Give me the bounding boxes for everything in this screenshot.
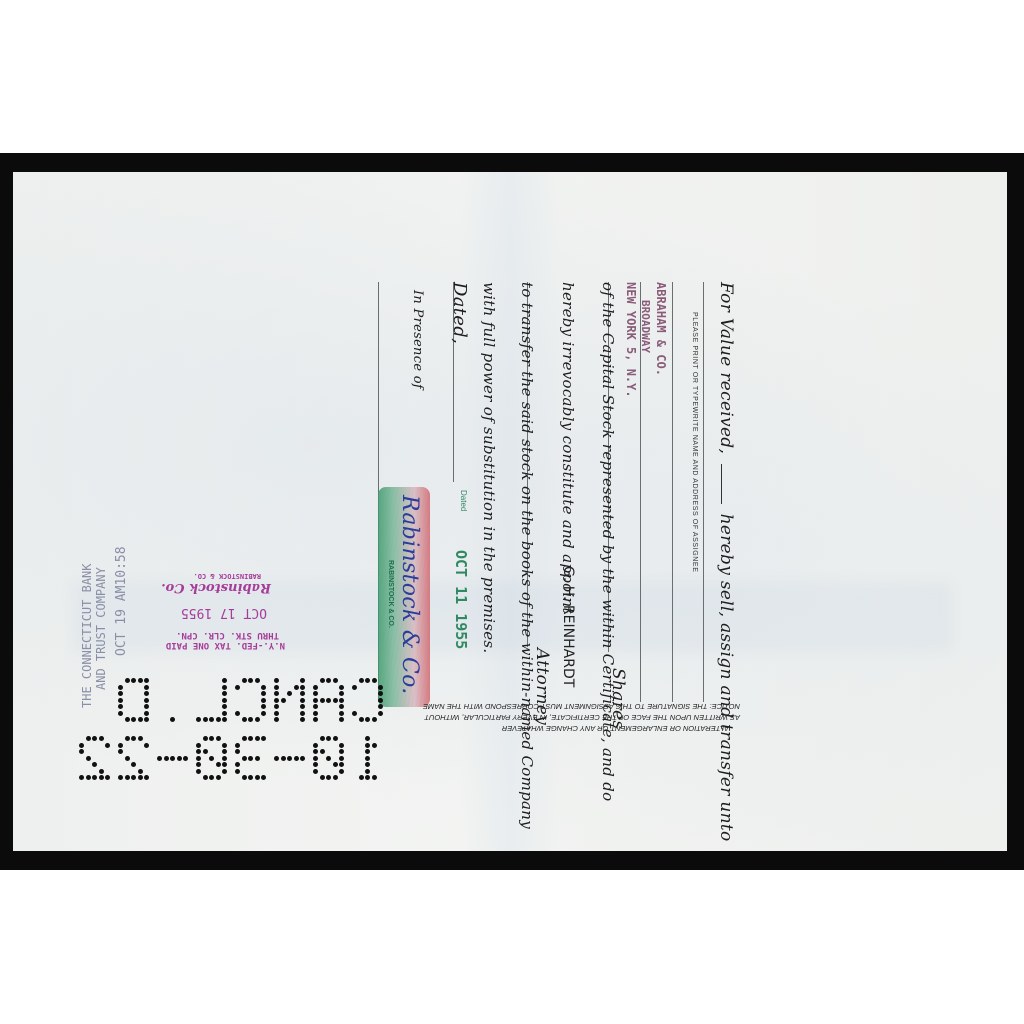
perforation-hole bbox=[378, 685, 383, 690]
perforation-hole bbox=[294, 685, 299, 690]
for-value-received: For Value received, hereby sell, assign … bbox=[716, 282, 736, 842]
perforation-hole bbox=[333, 775, 338, 780]
perforation-hole bbox=[144, 775, 149, 780]
perforation-hole bbox=[222, 769, 227, 774]
rule-top bbox=[703, 282, 704, 702]
perforation-hole bbox=[222, 711, 227, 716]
perforation-hole bbox=[320, 698, 325, 703]
tax-stamp-date: OCT 17 1955 bbox=[161, 605, 267, 620]
perforation-hole bbox=[261, 736, 266, 741]
perforation-hole bbox=[242, 775, 247, 780]
perforation-hole bbox=[313, 704, 318, 709]
perforation-hole bbox=[209, 756, 214, 761]
perforation-hole bbox=[339, 691, 344, 696]
perforation-hole bbox=[313, 749, 318, 754]
perforation-hole bbox=[138, 769, 143, 774]
for-value-text: For Value received, bbox=[716, 282, 736, 454]
perforation-hole bbox=[261, 704, 266, 709]
perforation-hole bbox=[79, 775, 84, 780]
perforation-hole bbox=[118, 698, 123, 703]
perforation-hole bbox=[144, 691, 149, 696]
perforation-hole bbox=[125, 736, 130, 741]
perforation-hole bbox=[203, 717, 208, 722]
perforation-hole bbox=[378, 704, 383, 709]
perforation-hole bbox=[365, 736, 370, 741]
certificate-paper bbox=[13, 172, 1007, 851]
perforation-hole bbox=[248, 736, 253, 741]
perforation-hole bbox=[300, 717, 305, 722]
perforation-hole bbox=[313, 717, 318, 722]
perforation-hole bbox=[125, 775, 130, 780]
notice-line-2: AS WRITTEN UPON THE FACE OF THE CERTIFIC… bbox=[425, 713, 740, 722]
perforation-hole bbox=[287, 756, 292, 761]
bank-stamp-date: OCT 19 AM10:58 bbox=[114, 546, 129, 656]
perforation-hole bbox=[365, 678, 370, 683]
perforation-hole bbox=[131, 717, 136, 722]
perforation-hole bbox=[235, 762, 240, 767]
perforation-hole bbox=[138, 736, 143, 741]
perforation-hole bbox=[261, 711, 266, 716]
perforation-hole bbox=[339, 685, 344, 690]
perforation-hole bbox=[118, 749, 123, 754]
perforation-hole bbox=[365, 756, 370, 761]
perforation-hole bbox=[216, 775, 221, 780]
perforation-hole bbox=[313, 743, 318, 748]
perforation-hole bbox=[300, 704, 305, 709]
perforation-hole bbox=[300, 711, 305, 716]
tax-stamp-firm: RABINSTOCK & CO. bbox=[161, 572, 261, 580]
perforation-hole bbox=[300, 678, 305, 683]
signature: Rabinstock & Co. bbox=[397, 495, 422, 695]
perforation-hole bbox=[170, 756, 175, 761]
perforation-hole bbox=[313, 685, 318, 690]
perforation-hole bbox=[177, 756, 182, 761]
perforation-hole bbox=[365, 769, 370, 774]
perforation-hole bbox=[339, 756, 344, 761]
perforation-hole bbox=[242, 736, 247, 741]
perforation-hole bbox=[359, 717, 364, 722]
perforation-hole bbox=[352, 711, 357, 716]
perforation-hole bbox=[196, 756, 201, 761]
perforation-hole bbox=[248, 775, 253, 780]
perforation-hole bbox=[300, 691, 305, 696]
perforation-hole bbox=[333, 762, 338, 767]
tax-stamp-line-1: N.Y.-FED. TAX ONE PAID bbox=[161, 640, 285, 650]
perforation-hole bbox=[372, 743, 377, 748]
perforation-hole bbox=[138, 717, 143, 722]
perforation-hole bbox=[125, 756, 130, 761]
perforation-hole bbox=[274, 756, 279, 761]
perforation-hole bbox=[222, 685, 227, 690]
perforation-hole bbox=[216, 736, 221, 741]
perforation-hole bbox=[313, 756, 318, 761]
perforation-hole bbox=[300, 756, 305, 761]
perforation-hole bbox=[125, 717, 130, 722]
perforation-hole bbox=[281, 756, 286, 761]
perforation-hole bbox=[313, 691, 318, 696]
perforation-hole bbox=[242, 678, 247, 683]
perforation-hole bbox=[144, 743, 149, 748]
perforation-hole bbox=[222, 717, 227, 722]
perforation-hole bbox=[339, 698, 344, 703]
perforation-hole bbox=[274, 685, 279, 690]
perforation-hole bbox=[359, 678, 364, 683]
perforation-hole bbox=[248, 678, 253, 683]
perforation-hole bbox=[326, 736, 331, 741]
perforation-hole bbox=[105, 743, 110, 748]
perforation-hole bbox=[118, 711, 123, 716]
perforation-hole bbox=[144, 685, 149, 690]
perforation-hole bbox=[255, 678, 260, 683]
perforation-hole bbox=[339, 762, 344, 767]
perforation-hole bbox=[320, 749, 325, 754]
presence-label: In Presence of bbox=[410, 290, 425, 389]
perforation-hole bbox=[86, 736, 91, 741]
perforation-hole bbox=[339, 749, 344, 754]
perforation-hole bbox=[274, 717, 279, 722]
perforation-hole bbox=[365, 743, 370, 748]
perforation-hole bbox=[281, 698, 286, 703]
perforation-hole bbox=[339, 704, 344, 709]
perforation-hole bbox=[235, 743, 240, 748]
perforation-hole bbox=[274, 691, 279, 696]
perforation-hole bbox=[164, 756, 169, 761]
perforation-hole bbox=[131, 736, 136, 741]
bank-stamp-line-2: AND TRUST COMPANY bbox=[94, 567, 108, 690]
perforation-hole bbox=[79, 749, 84, 754]
perforation-hole bbox=[255, 717, 260, 722]
perforation-hole bbox=[235, 685, 240, 690]
perforation-hole bbox=[222, 678, 227, 683]
attorney-name: G. H. REINHARDT bbox=[560, 566, 576, 687]
perforation-hole bbox=[378, 698, 383, 703]
perforation-hole bbox=[235, 769, 240, 774]
perforation-hole bbox=[203, 736, 208, 741]
perforation-hole bbox=[196, 743, 201, 748]
perforation-hole bbox=[222, 704, 227, 709]
perforation-hole bbox=[365, 717, 370, 722]
perforation-hole bbox=[216, 762, 221, 767]
perforation-hole bbox=[203, 775, 208, 780]
perforation-hole bbox=[287, 691, 292, 696]
perforation-hole bbox=[131, 678, 136, 683]
perforation-hole bbox=[216, 717, 221, 722]
perforation-hole bbox=[339, 711, 344, 716]
perforation-hole bbox=[203, 749, 208, 754]
assignee-stamp-line-2: BROADWAY bbox=[639, 300, 652, 353]
perforation-hole bbox=[79, 743, 84, 748]
perforation-hole bbox=[92, 736, 97, 741]
perforation-hole bbox=[326, 775, 331, 780]
perforation-hole bbox=[320, 678, 325, 683]
perforation-hole bbox=[235, 749, 240, 754]
perforation-hole bbox=[235, 711, 240, 716]
perforation-hole bbox=[372, 717, 377, 722]
transfer-line: to transfer the said stock on the books … bbox=[518, 282, 536, 829]
date-stamp-value: OCT 11 1955 bbox=[452, 550, 470, 649]
perforation-hole bbox=[196, 762, 201, 767]
perforation-hole bbox=[274, 711, 279, 716]
perforation-hole bbox=[255, 775, 260, 780]
signature-firm: RABINSTOCK & CO. bbox=[387, 560, 394, 628]
perforation-hole bbox=[99, 769, 104, 774]
perforation-hole bbox=[99, 736, 104, 741]
perforation-hole bbox=[365, 749, 370, 754]
perforation-hole bbox=[261, 685, 266, 690]
tax-stamp-signature: Rabinstock Co. bbox=[161, 580, 271, 595]
perforation-hole bbox=[138, 678, 143, 683]
perforation-hole bbox=[339, 769, 344, 774]
assignee-caption: PLEASE PRINT OR TYPEWRITE NAME AND ADDRE… bbox=[691, 312, 698, 572]
perforation-hole bbox=[242, 756, 247, 761]
perforation-hole bbox=[86, 756, 91, 761]
perforation-hole bbox=[274, 698, 279, 703]
perforation-hole bbox=[118, 775, 123, 780]
perforation-hole bbox=[86, 775, 91, 780]
perforation-hole bbox=[196, 749, 201, 754]
perforation-hole bbox=[326, 678, 331, 683]
perforation-hole bbox=[274, 678, 279, 683]
bank-stamp-line-1: THE CONNECTICUT BANK bbox=[80, 564, 94, 709]
perforation-hole bbox=[125, 678, 130, 683]
perforation-hole bbox=[365, 762, 370, 767]
perforation-hole bbox=[99, 775, 104, 780]
perforation-hole bbox=[144, 717, 149, 722]
tax-stamp: N.Y.-FED. TAX ONE PAID THRU STK. CLR. CP… bbox=[161, 572, 285, 650]
appoint-line: hereby irrevocably constitute and appoin… bbox=[559, 282, 577, 614]
perforation-hole bbox=[183, 756, 188, 761]
perforation-hole bbox=[294, 756, 299, 761]
perforation-hole bbox=[372, 775, 377, 780]
perforation-hole bbox=[118, 704, 123, 709]
perforation-hole bbox=[222, 743, 227, 748]
perforation-hole bbox=[138, 775, 143, 780]
perforation-hole bbox=[313, 711, 318, 716]
dated-label: Dated, bbox=[449, 282, 470, 344]
perforation-hole bbox=[261, 698, 266, 703]
perforation-hole bbox=[118, 685, 123, 690]
substitution-line: with full power of substitution in the p… bbox=[480, 282, 498, 653]
perforation-hole bbox=[196, 717, 201, 722]
perforation-hole bbox=[144, 698, 149, 703]
perforation-hole bbox=[255, 756, 260, 761]
perforation-hole bbox=[105, 775, 110, 780]
perforation-hole bbox=[378, 691, 383, 696]
perforation-hole bbox=[352, 685, 357, 690]
perforation-hole bbox=[118, 743, 123, 748]
perforation-hole bbox=[326, 756, 331, 761]
perforation-hole bbox=[339, 743, 344, 748]
rule-assignee-1 bbox=[672, 282, 673, 702]
perforation-hole bbox=[209, 717, 214, 722]
perforation-hole bbox=[313, 762, 318, 767]
perforation-hole bbox=[118, 691, 123, 696]
perforation-hole bbox=[274, 704, 279, 709]
perforation-hole bbox=[378, 711, 383, 716]
perforation-hole bbox=[209, 736, 214, 741]
perforation-hole bbox=[131, 762, 136, 767]
assignee-stamp-line-3: NEW YORK 5, N.Y. bbox=[624, 282, 638, 398]
perforation-hole bbox=[359, 775, 364, 780]
perforation-hole bbox=[300, 698, 305, 703]
perforation-hole bbox=[92, 775, 97, 780]
perforation-hole bbox=[261, 691, 266, 696]
perforation-hole bbox=[209, 775, 214, 780]
perforation-hole bbox=[222, 756, 227, 761]
perforation-hole bbox=[365, 775, 370, 780]
perforation-hole bbox=[372, 678, 377, 683]
perforation-hole bbox=[248, 756, 253, 761]
perforation-hole bbox=[196, 769, 201, 774]
perforation-hole bbox=[248, 717, 253, 722]
assignee-stamp-line-1: ABRAHAM & CO. bbox=[654, 282, 668, 376]
perforation-hole bbox=[320, 736, 325, 741]
perforation-hole bbox=[222, 691, 227, 696]
perforation-hole bbox=[313, 769, 318, 774]
perforation-hole bbox=[92, 762, 97, 767]
perforation-hole bbox=[339, 717, 344, 722]
perforation-hole bbox=[144, 704, 149, 709]
perforation-hole bbox=[242, 717, 247, 722]
perforation-hole bbox=[333, 736, 338, 741]
perforation-hole bbox=[222, 698, 227, 703]
notice-line-3: ALTERATION OR ENLARGEMENT OR ANY CHANGE … bbox=[502, 724, 729, 733]
perforation-hole bbox=[157, 756, 162, 761]
perforation-hole bbox=[170, 717, 175, 722]
perforation-hole bbox=[333, 678, 338, 683]
perforation-hole bbox=[300, 685, 305, 690]
perforation-hole bbox=[131, 775, 136, 780]
perforation-hole bbox=[261, 775, 266, 780]
date-stamp-label: Dated bbox=[459, 490, 468, 511]
perforation-hole bbox=[320, 775, 325, 780]
perforation-hole bbox=[333, 698, 338, 703]
perforation-hole bbox=[222, 762, 227, 767]
perforation-hole bbox=[144, 678, 149, 683]
perforation-hole bbox=[222, 749, 227, 754]
perforation-hole bbox=[144, 711, 149, 716]
perforation-hole bbox=[255, 736, 260, 741]
perforation-hole bbox=[313, 698, 318, 703]
tax-stamp-line-2: THRU STK. CLR. CPN. bbox=[161, 630, 279, 640]
notice-line-1: NOTICE: THE SIGNATURE TO THIS ASSIGNMENT… bbox=[423, 702, 740, 711]
perforation-hole bbox=[326, 698, 331, 703]
hereby-line-text: hereby sell, assign and transfer unto bbox=[716, 514, 736, 842]
